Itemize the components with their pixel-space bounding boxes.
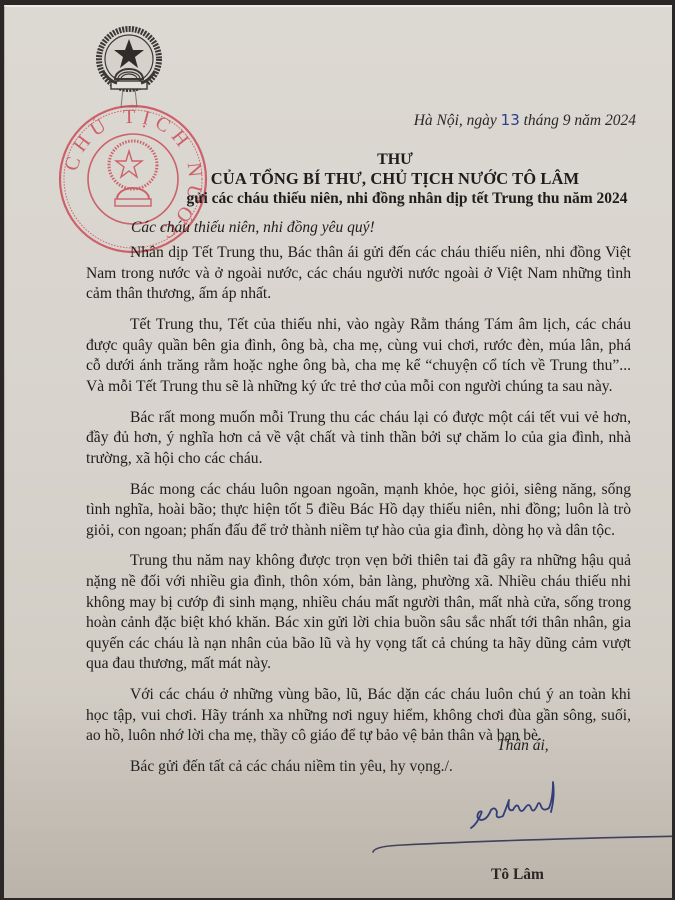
title-line-3: gửi các cháu thiếu niên, nhi đồng nhân d… bbox=[125, 189, 665, 209]
letter-page: CHỦ TỊCH NƯỚC Hà Nội, ngày 13 tháng 9 nă… bbox=[4, 5, 672, 898]
title-line-2: CỦA TỔNG BÍ THƯ, CHỦ TỊCH NƯỚC TÔ LÂM bbox=[125, 169, 665, 189]
paragraph: Trung thu năm nay không được trọn vẹn bở… bbox=[86, 551, 631, 675]
date-month-year: tháng 9 năm 2024 bbox=[520, 112, 636, 129]
paragraph: Bác mong các cháu luôn ngoan ngoãn, mạnh… bbox=[86, 480, 631, 542]
paragraph: Bác gửi đến tất cả các cháu niềm tin yêu… bbox=[86, 757, 631, 778]
salutation: Các cháu thiếu niên, nhi đồng yêu quý! bbox=[131, 219, 375, 237]
paragraph: Bác rất mong muốn mỗi Trung thu các cháu… bbox=[86, 408, 631, 470]
national-emblem-icon bbox=[93, 21, 165, 113]
title-line-1: THƯ bbox=[125, 150, 665, 169]
letter-title: THƯ CỦA TỔNG BÍ THƯ, CHỦ TỊCH NƯỚC TÔ LÂ… bbox=[125, 150, 665, 209]
signer-name: Tô Lâm bbox=[491, 866, 544, 884]
paragraph: Tết Trung thu, Tết của thiếu nhi, vào ng… bbox=[86, 315, 631, 397]
paragraph: Nhân dịp Tết Trung thu, Bác thân ái gửi … bbox=[86, 243, 631, 305]
closing: Thân ái, bbox=[497, 737, 549, 755]
signature-flourish-icon bbox=[369, 830, 672, 860]
letter-body: Nhân dịp Tết Trung thu, Bác thân ái gửi … bbox=[86, 243, 631, 788]
date-line: Hà Nội, ngày 13 tháng 9 năm 2024 bbox=[5, 111, 636, 130]
date-day-handwritten: 13 bbox=[501, 111, 520, 129]
date-prefix: Hà Nội, ngày bbox=[414, 112, 501, 129]
paragraph: Với các cháu ở những vùng bão, lũ, Bác d… bbox=[86, 685, 631, 747]
